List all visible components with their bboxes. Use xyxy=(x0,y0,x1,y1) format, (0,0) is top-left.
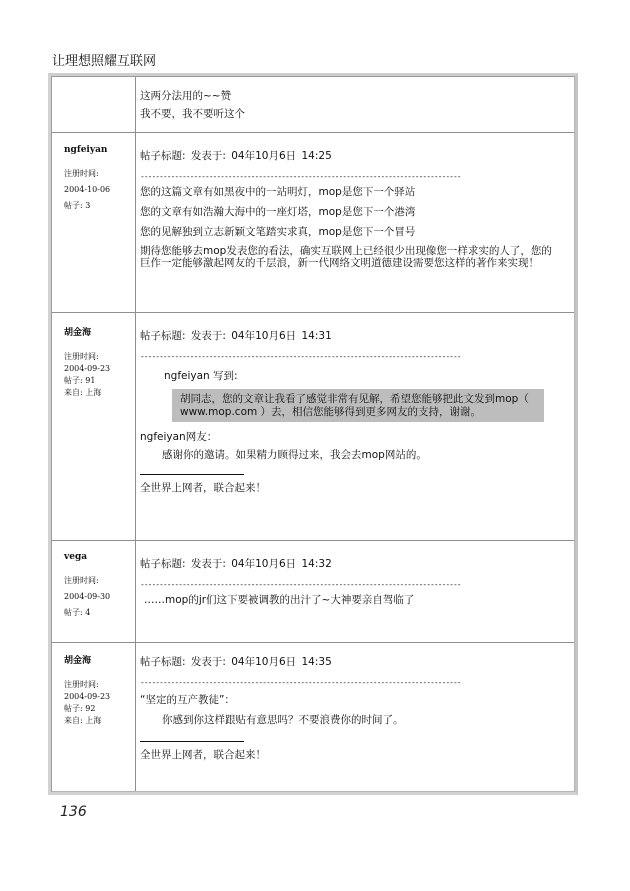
post-line: 您的见解独到立志新颖文笔踏实求真，mop是您下一个冒号 xyxy=(140,223,566,241)
author-post-count: 帖子: 92 xyxy=(64,703,110,715)
post-line: 您的这篇文章有如黑夜中的一站明灯，mop是您下一个驿站 xyxy=(140,183,566,201)
fragment-line: 这两分法用的~~赞 xyxy=(140,87,566,105)
post-line: ……mop的jr们这下要被调教的出汁了~大神要亲自驾临了 xyxy=(140,591,566,609)
post-title-line: 帖子标题: 发表于: 04年10月6日 14:32 xyxy=(140,555,566,573)
author-name[interactable]: vega xyxy=(64,551,110,563)
signature-text: 全世界上网者，联合起来！ xyxy=(140,479,566,497)
forum-table: 这两分法用的~~赞 我不要，我不要听这个 ngfeiyan 注册时间: 2004… xyxy=(51,76,575,792)
post-separator: ----------------------------------------… xyxy=(140,171,462,183)
author-name[interactable]: 胡金海 xyxy=(64,327,110,339)
post-fragment-content: 这两分法用的~~赞 我不要，我不要听这个 xyxy=(140,87,566,123)
column-divider xyxy=(135,77,136,791)
author-reg-date: 2004-09-30 xyxy=(64,591,110,603)
post-content: 帖子标题: 发表于: 04年10月6日 14:32 --------------… xyxy=(140,555,566,609)
post-content: 帖子标题: 发表于: 04年10月6日 14:31 --------------… xyxy=(140,327,566,497)
post-line: 期待您能够去mop发表您的看法，确实互联网上已经很少出现像您一样求实的人了，您的… xyxy=(140,245,560,269)
reply-salutation: ngfeiyan网友： xyxy=(140,428,566,446)
author-reg-label: 注册时间: xyxy=(64,575,110,587)
post-separator: ----------------------------------------… xyxy=(140,677,462,689)
author-post-count: 帖子: 3 xyxy=(64,200,110,212)
post-line: 您的文章有如浩瀚大海中的一座灯塔，mop是您下一个港湾 xyxy=(140,203,566,221)
page-header-title: 让理想照耀互联网 xyxy=(52,50,156,69)
signature-divider xyxy=(140,474,244,475)
author-reg-date: 2004-09-23 xyxy=(64,363,110,375)
author-post-count: 帖子: 4 xyxy=(64,607,110,619)
post-content: 帖子标题: 发表于: 04年10月6日 14:35 --------------… xyxy=(140,653,566,764)
post-separator: ----------------------------------------… xyxy=(140,351,462,363)
reply-salutation: “坚定的互产教徒”： xyxy=(140,691,566,709)
quote-block: 胡同志，您的文章让我看了感觉非常有见解，希望您能够把此文发到mop（ www.m… xyxy=(172,389,544,422)
post-author-info: ngfeiyan 注册时间: 2004-10-06 帖子: 3 xyxy=(64,144,110,212)
post-author-info: 胡金海 注册时间: 2004-09-23 帖子: 92 来自: 上海 xyxy=(64,655,110,727)
author-reg-label: 注册时间: xyxy=(64,168,110,180)
post-author-info: 胡金海 注册时间: 2004-09-23 帖子: 91 来自: 上海 xyxy=(64,327,110,399)
post-content: 帖子标题: 发表于: 04年10月6日 14:25 --------------… xyxy=(140,147,566,269)
quote-attribution: ngfeiyan 写到: xyxy=(140,367,566,385)
author-reg-label: 注册时间: xyxy=(64,679,110,691)
signature-divider xyxy=(140,741,244,742)
row-divider xyxy=(52,132,574,133)
row-divider xyxy=(52,312,574,313)
signature-text: 全世界上网者，联合起来！ xyxy=(140,746,566,764)
row-divider xyxy=(52,642,574,643)
author-reg-date: 2004-10-06 xyxy=(64,184,110,196)
author-name[interactable]: ngfeiyan xyxy=(64,144,110,156)
page-number: 136 xyxy=(60,804,87,820)
post-title-line: 帖子标题: 发表于: 04年10月6日 14:35 xyxy=(140,653,566,671)
forum-thread-frame: 这两分法用的~~赞 我不要，我不要听这个 ngfeiyan 注册时间: 2004… xyxy=(48,73,578,795)
post-separator: ----------------------------------------… xyxy=(140,579,462,591)
post-title-line: 帖子标题: 发表于: 04年10月6日 14:31 xyxy=(140,327,566,345)
fragment-line: 我不要，我不要听这个 xyxy=(140,105,566,123)
post-title-line: 帖子标题: 发表于: 04年10月6日 14:25 xyxy=(140,147,566,165)
reply-text: 你感到你这样跟贴有意思吗？不要浪费你的时间了。 xyxy=(140,711,566,729)
reply-text: 感谢你的邀请。如果精力顾得过来，我会去mop网站的。 xyxy=(140,446,566,464)
post-author-info: vega 注册时间: 2004-09-30 帖子: 4 xyxy=(64,551,110,619)
author-location: 来自: 上海 xyxy=(64,715,110,727)
author-name[interactable]: 胡金海 xyxy=(64,655,110,667)
author-post-count: 帖子: 91 xyxy=(64,375,110,387)
row-divider xyxy=(52,540,574,541)
author-reg-label: 注册时间: xyxy=(64,351,110,363)
author-location: 来自: 上海 xyxy=(64,387,110,399)
author-reg-date: 2004-09-23 xyxy=(64,691,110,703)
